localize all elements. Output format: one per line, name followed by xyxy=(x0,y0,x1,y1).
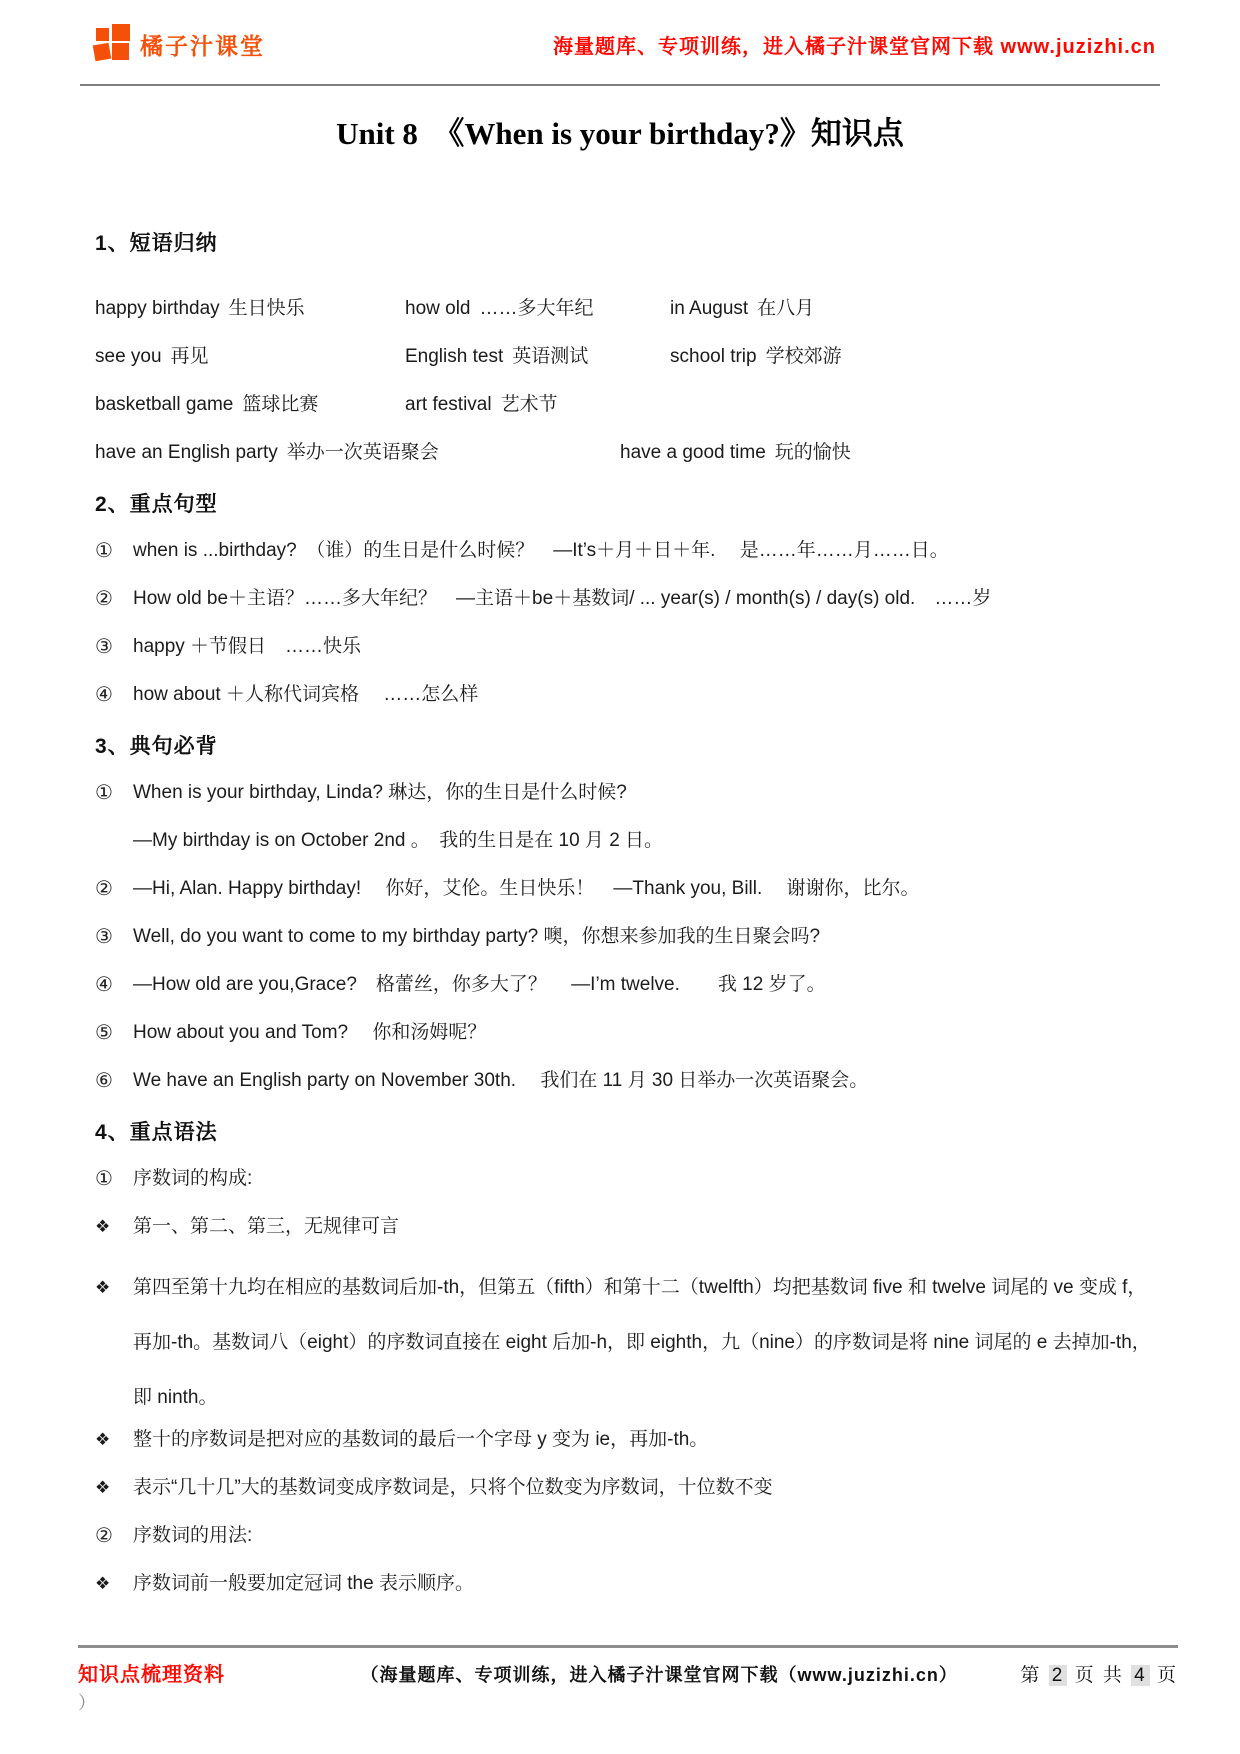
phrase-en: how old xyxy=(405,298,471,319)
bullet-item: ❖ 第四至第十九均在相应的基数词后加-th，但第五（fifth）和第十二（twe… xyxy=(95,1260,1156,1425)
item-text: 序数词前一般要加定冠词 the 表示顺序。 xyxy=(133,1569,1156,1599)
circled-number: ⑤ xyxy=(95,1018,133,1048)
phrase-zh: 艺术节 xyxy=(501,394,558,415)
circled-number: ⑥ xyxy=(95,1066,133,1096)
phrase-row: happy birthday生日快乐 how old……多大年纪 in Augu… xyxy=(95,294,1156,324)
item-text: —How old are you,Grace? 格蕾丝，你多大了？ —I’m t… xyxy=(133,970,1156,1000)
circled-number: ② xyxy=(95,1521,133,1551)
footer-wrapped-paren: ） xyxy=(78,1689,1178,1715)
diamond-bullet-icon: ❖ xyxy=(95,1473,133,1503)
phrase-cell: school trip学校郊游 xyxy=(670,342,842,372)
phrase-zh: 英语测试 xyxy=(512,346,588,367)
item-text: when is ...birthday? （谁）的生日是什么时候？ —It’s＋… xyxy=(133,536,1156,566)
document-page: 橘子汁课堂 海量题库、专项训练，进入橘子汁课堂官网下载 www.juzizhi.… xyxy=(0,0,1240,1754)
phrase-zh: 生日快乐 xyxy=(229,298,305,319)
orange-squares-logo-icon xyxy=(94,24,132,64)
phrase-cell: how old……多大年纪 xyxy=(405,294,670,324)
circled-number: ① xyxy=(95,536,133,566)
bullet-item: ❖ 序数词前一般要加定冠词 the 表示顺序。 xyxy=(95,1569,1156,1599)
circled-number: ② xyxy=(95,874,133,904)
numbered-item: ① When is your birthday, Linda? 琳达，你的生日是… xyxy=(95,778,1156,856)
phrase-en: have an English party xyxy=(95,442,278,463)
item-text: Well, do you want to come to my birthday… xyxy=(133,922,1156,952)
phrase-cell: happy birthday生日快乐 xyxy=(95,294,405,324)
circled-number: ① xyxy=(95,1164,133,1194)
page-info-suffix: 页 xyxy=(1157,1665,1178,1686)
phrase-cell: have a good time玩的愉快 xyxy=(620,438,851,468)
phrase-zh: ……多大年纪 xyxy=(480,298,594,319)
item-text: 序数词的构成: xyxy=(133,1164,1156,1194)
numbered-item: ④ how about ＋人称代词宾格 ……怎么样 xyxy=(95,680,1156,710)
phrase-en: happy birthday xyxy=(95,298,220,319)
footer-doc-type-label: 知识点梳理资料 xyxy=(78,1658,328,1687)
phrase-cell: have an English party举办一次英语聚会 xyxy=(95,438,620,468)
phrase-en: have a good time xyxy=(620,442,766,463)
item-text: How old be＋主语？……多大年纪？ —主语＋be＋基数词/ ... ye… xyxy=(133,584,1156,614)
numbered-item: ③ happy ＋节假日 ……快乐 xyxy=(95,632,1156,662)
phrase-zh: 篮球比赛 xyxy=(242,394,318,415)
circled-number: ③ xyxy=(95,632,133,662)
phrase-en: English test xyxy=(405,346,503,367)
footer-divider xyxy=(78,1645,1178,1648)
phrase-cell: English test英语测试 xyxy=(405,342,670,372)
circled-number: ③ xyxy=(95,922,133,952)
section-heading-grammar: 4、重点语法 xyxy=(95,1116,1156,1146)
item-text: —Hi, Alan. Happy birthday! 你好，艾伦。生日快乐！ —… xyxy=(133,874,1156,904)
numbered-item: ① 序数词的构成: xyxy=(95,1164,1156,1194)
numbered-item: ② 序数词的用法: xyxy=(95,1521,1156,1551)
phrase-row: have an English party举办一次英语聚会 have a goo… xyxy=(95,438,1156,468)
circled-number: ① xyxy=(95,778,133,856)
document-body: 1、短语归纳 happy birthday生日快乐 how old……多大年纪 … xyxy=(0,227,1240,1599)
page-title: Unit 8 《When is your birthday?》知识点 xyxy=(0,108,1240,153)
phrase-en: in August xyxy=(670,298,748,319)
item-text: 第四至第十九均在相应的基数词后加-th，但第五（fifth）和第十二（twelf… xyxy=(133,1260,1156,1425)
numbered-item: ③ Well, do you want to come to my birthd… xyxy=(95,922,1156,952)
header-promo-text: 海量题库、专项训练，进入橘子汁课堂官网下载 www.juzizhi.cn xyxy=(553,30,1156,59)
numbered-item: ② How old be＋主语？……多大年纪？ —主语＋be＋基数词/ ... … xyxy=(95,584,1156,614)
diamond-bullet-icon: ❖ xyxy=(95,1212,133,1242)
sentence-line: —My birthday is on October 2nd 。 我的生日是在 … xyxy=(133,826,1156,856)
diamond-bullet-icon: ❖ xyxy=(95,1569,133,1599)
footer-page-info: 第 2 页 共 4 页 xyxy=(1020,1660,1178,1687)
phrase-zh: 学校郊游 xyxy=(766,346,842,367)
diamond-bullet-icon: ❖ xyxy=(95,1260,133,1425)
numbered-item: ② —Hi, Alan. Happy birthday! 你好，艾伦。生日快乐！… xyxy=(95,874,1156,904)
numbered-item: ① when is ...birthday? （谁）的生日是什么时候？ —It’… xyxy=(95,536,1156,566)
phrase-cell: in August在八月 xyxy=(670,294,814,324)
section-heading-key-sentences: 3、典句必背 xyxy=(95,730,1156,760)
item-text: 表示“几十几”大的基数词变成序数词是，只将个位数变为序数词，十位数不变 xyxy=(133,1473,1156,1503)
page-footer: 知识点梳理资料 （海量题库、专项训练，进入橘子汁课堂官网下载（www.juziz… xyxy=(0,1645,1240,1715)
phrase-zh: 在八月 xyxy=(757,298,814,319)
phrase-en: basketball game xyxy=(95,394,233,415)
item-text: We have an English party on November 30t… xyxy=(133,1066,1156,1096)
phrase-zh: 再见 xyxy=(171,346,209,367)
phrase-cell: basketball game篮球比赛 xyxy=(95,390,405,420)
phrase-cell: see you再见 xyxy=(95,342,405,372)
phrase-cell: art festival艺术节 xyxy=(405,390,670,420)
diamond-bullet-icon: ❖ xyxy=(95,1425,133,1455)
item-text: How about you and Tom? 你和汤姆呢？ xyxy=(133,1018,1156,1048)
page-info-middle: 页 共 xyxy=(1075,1665,1124,1686)
phrase-row: basketball game篮球比赛 art festival艺术节 xyxy=(95,390,1156,420)
phrase-en: see you xyxy=(95,346,162,367)
bullet-item: ❖ 第一、第二、第三，无规律可言 xyxy=(95,1212,1156,1242)
brand-name: 橘子汁课堂 xyxy=(140,28,265,61)
section-heading-sentence-patterns: 2、重点句型 xyxy=(95,488,1156,518)
page-number-current: 2 xyxy=(1049,1665,1068,1686)
circled-number: ④ xyxy=(95,680,133,710)
numbered-item: ④ —How old are you,Grace? 格蕾丝，你多大了？ —I’m… xyxy=(95,970,1156,1000)
page-header: 橘子汁课堂 海量题库、专项训练，进入橘子汁课堂官网下载 www.juzizhi.… xyxy=(80,0,1160,86)
circled-number: ④ xyxy=(95,970,133,1000)
brand-logo: 橘子汁课堂 xyxy=(94,24,265,64)
item-text: 序数词的用法: xyxy=(133,1521,1156,1551)
item-text: happy ＋节假日 ……快乐 xyxy=(133,632,1156,662)
section-heading-phrases: 1、短语归纳 xyxy=(95,227,1156,257)
item-text: 整十的序数词是把对应的基数词的最后一个字母 y 变为 ie，再加-th。 xyxy=(133,1425,1156,1455)
footer-promo-text: （海量题库、专项训练，进入橘子汁课堂官网下载（www.juzizhi.cn） xyxy=(328,1661,990,1687)
bullet-item: ❖ 整十的序数词是把对应的基数词的最后一个字母 y 变为 ie，再加-th。 xyxy=(95,1425,1156,1455)
item-text: 第一、第二、第三，无规律可言 xyxy=(133,1212,1156,1242)
phrase-en: school trip xyxy=(670,346,757,367)
phrase-zh: 举办一次英语聚会 xyxy=(287,442,439,463)
phrase-en: art festival xyxy=(405,394,492,415)
numbered-item: ⑤ How about you and Tom? 你和汤姆呢？ xyxy=(95,1018,1156,1048)
phrase-row: see you再见 English test英语测试 school trip学校… xyxy=(95,342,1156,372)
phrase-zh: 玩的愉快 xyxy=(775,442,851,463)
circled-number: ② xyxy=(95,584,133,614)
bullet-item: ❖ 表示“几十几”大的基数词变成序数词是，只将个位数变为序数词，十位数不变 xyxy=(95,1473,1156,1503)
sentence-line: When is your birthday, Linda? 琳达，你的生日是什么… xyxy=(133,778,1156,808)
page-number-total: 4 xyxy=(1131,1665,1150,1686)
page-info-prefix: 第 xyxy=(1020,1665,1041,1686)
item-text: When is your birthday, Linda? 琳达，你的生日是什么… xyxy=(133,778,1156,856)
numbered-item: ⑥ We have an English party on November 3… xyxy=(95,1066,1156,1096)
item-text: how about ＋人称代词宾格 ……怎么样 xyxy=(133,680,1156,710)
